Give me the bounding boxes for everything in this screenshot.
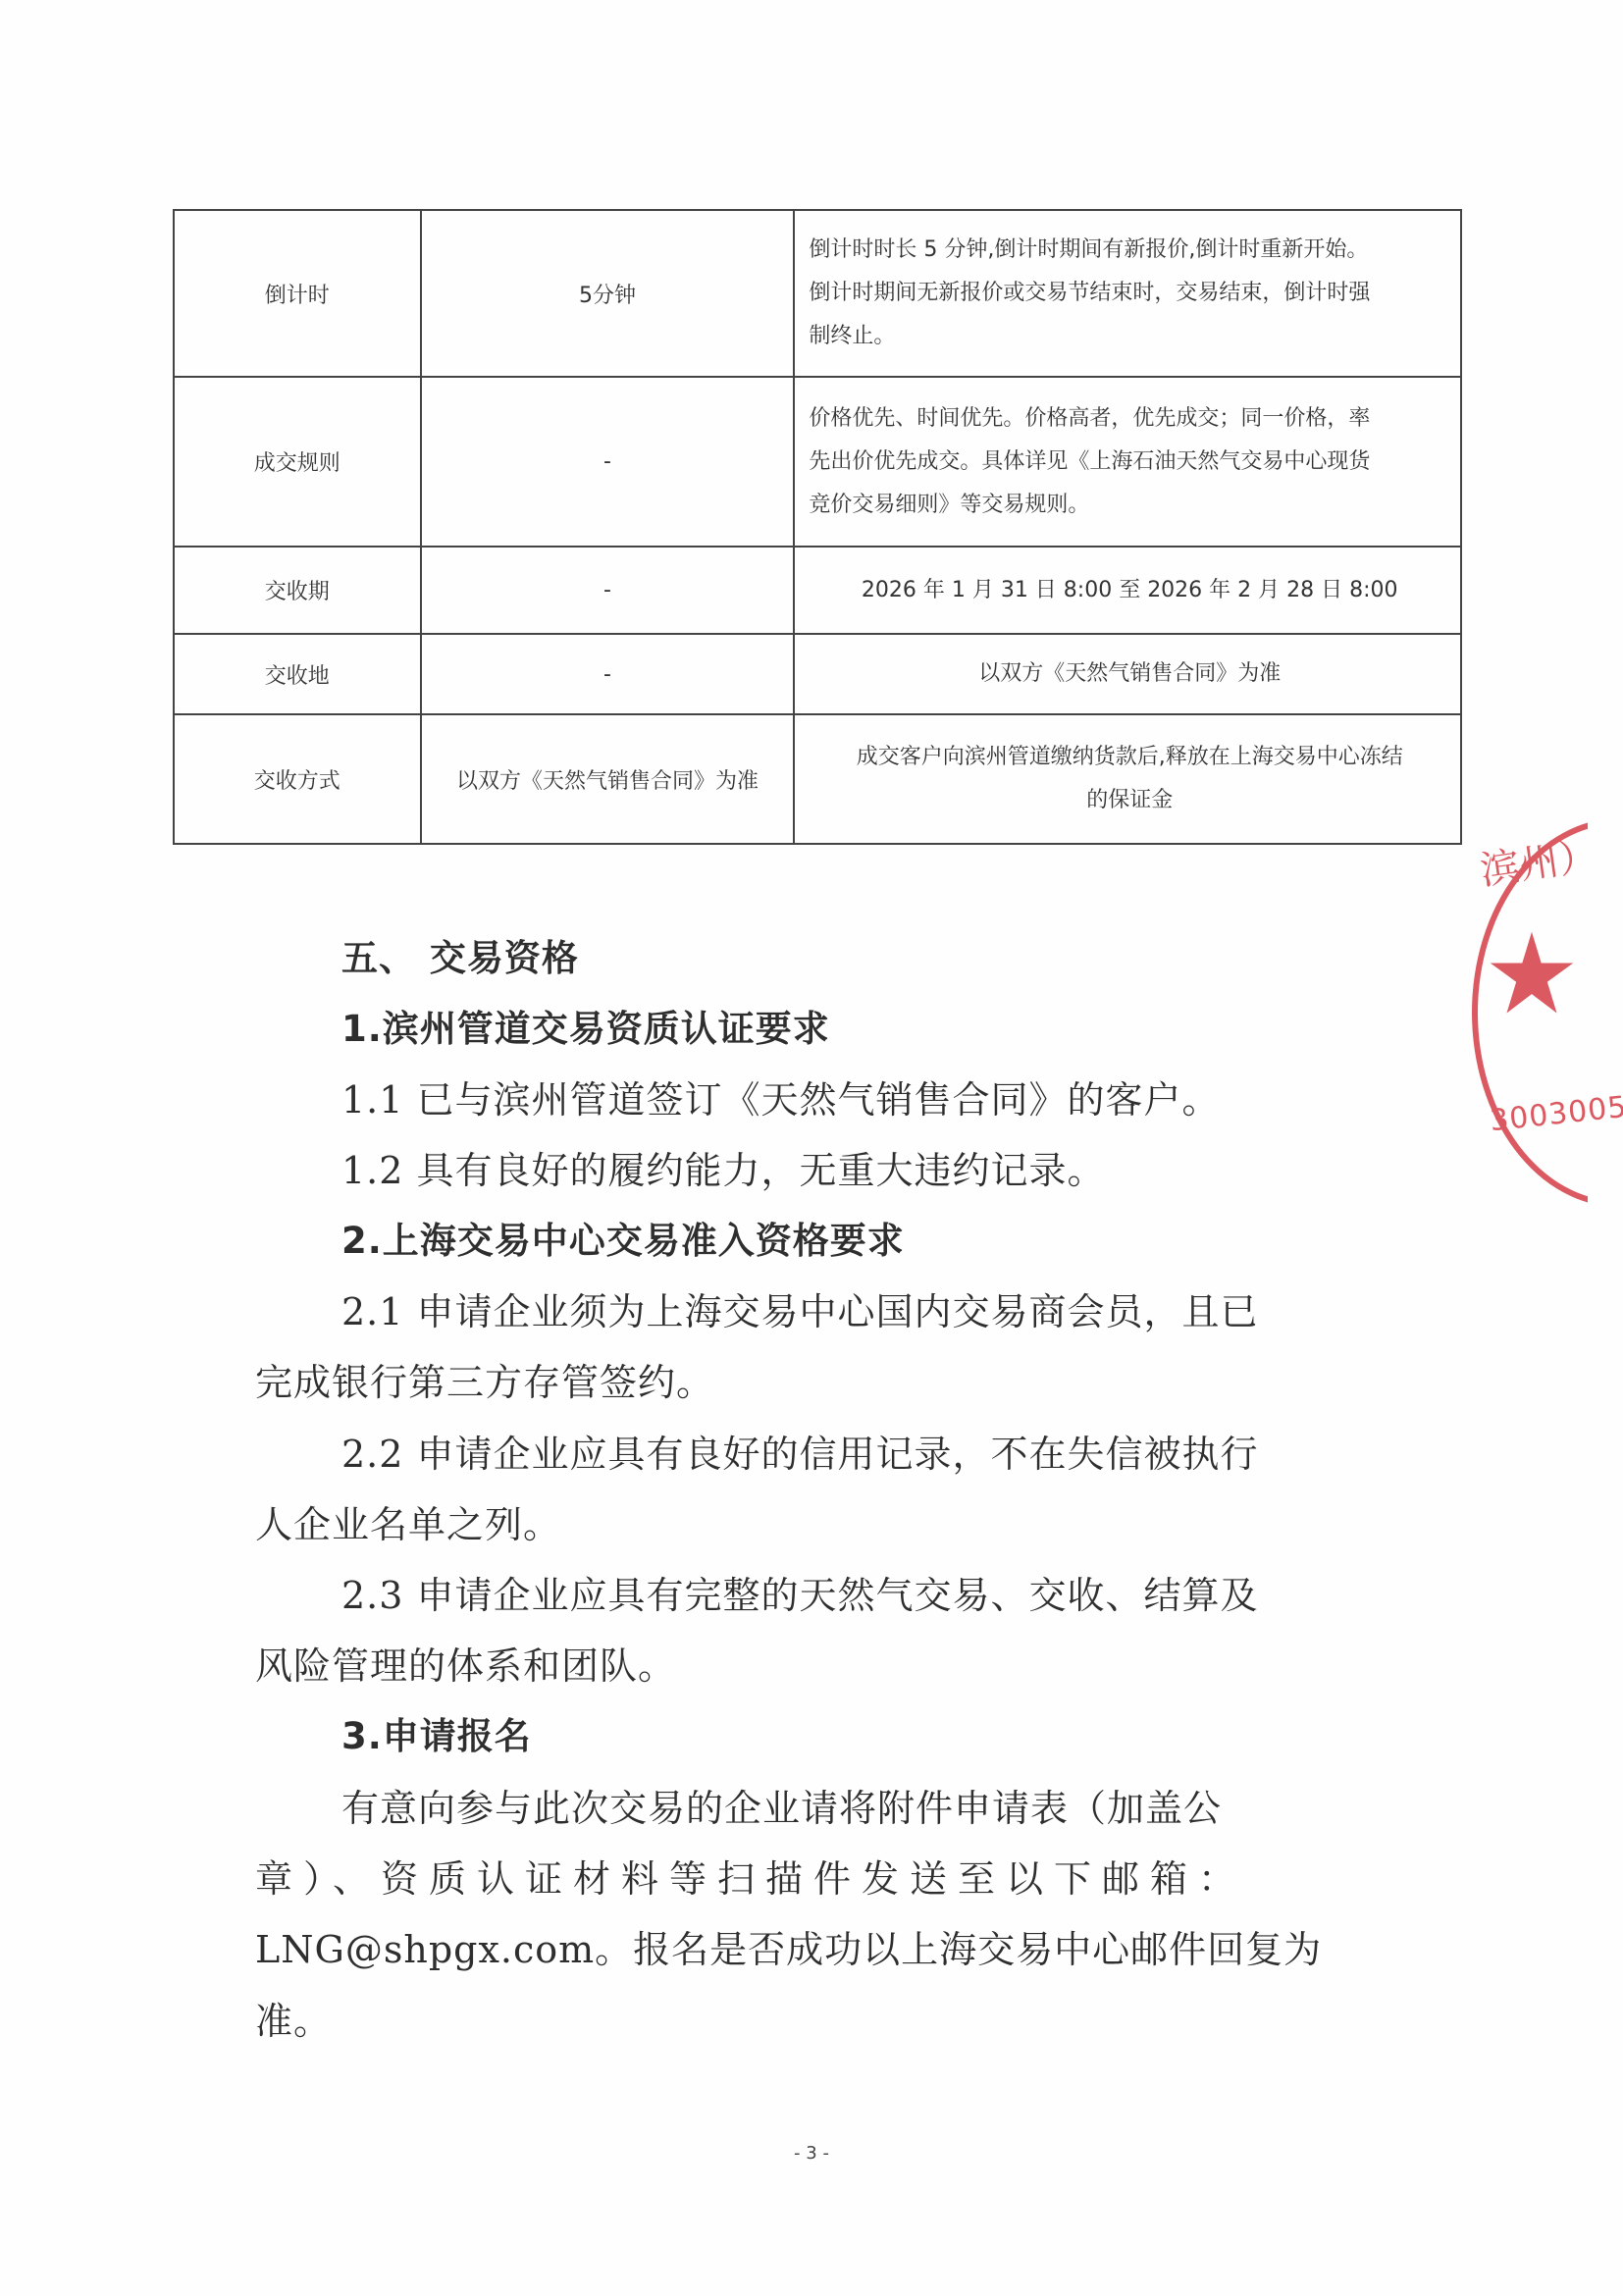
application-email-text[interactable]: LNG@shpgx.com。报名是否成功以上海交易中心邮件回复为 bbox=[255, 1926, 1322, 1973]
subsection-title-1: 1.滨州管道交易资质认证要求 bbox=[341, 1006, 830, 1053]
application-text: 准。 bbox=[255, 1998, 332, 2045]
page-number: - 3 - bbox=[0, 2143, 1623, 2164]
table-row-delivery-place: 交收地 - 以双方《天然气销售合同》为准 bbox=[174, 634, 1461, 714]
subsection-title-2: 2.上海交易中心交易准入资格要求 bbox=[341, 1218, 905, 1265]
subsection-title-3: 3.申请报名 bbox=[341, 1713, 532, 1760]
row-value: - bbox=[421, 377, 795, 547]
desc-line: 成交客户向滨州管道缴纳货款后,释放在上海交易中心冻结 bbox=[809, 736, 1450, 779]
desc-line: 价格优先、时间优先。价格高者，优先成交；同一价格，率 bbox=[809, 397, 1450, 441]
table-row-delivery-method: 交收方式 以双方《天然气销售合同》为准 成交客户向滨州管道缴纳货款后,释放在上海… bbox=[174, 714, 1461, 844]
row-label: 交收方式 bbox=[174, 714, 421, 844]
desc-line: 倒计时期间无新报价或交易节结束时，交易结束，倒计时强 bbox=[809, 272, 1450, 315]
requirement-item: 2.3 申请企业应具有完整的天然气交易、交收、结算及 bbox=[341, 1572, 1259, 1619]
row-label: 倒计时 bbox=[174, 210, 421, 377]
requirement-item: 2.1 申请企业须为上海交易中心国内交易商会员，且已 bbox=[341, 1288, 1259, 1335]
row-label: 交收地 bbox=[174, 634, 421, 714]
table-row-delivery-period: 交收期 - 2026 年 1 月 31 日 8:00 至 2026 年 2 月 … bbox=[174, 547, 1461, 634]
row-description: 成交客户向滨州管道缴纳货款后,释放在上海交易中心冻结 的保证金 bbox=[794, 714, 1461, 844]
requirement-item: 1.2 具有良好的履约能力，无重大违约记录。 bbox=[341, 1147, 1106, 1194]
row-value: 5分钟 bbox=[421, 210, 795, 377]
desc-line: 先出价优先成交。具体详见《上海石油天然气交易中心现货 bbox=[809, 441, 1450, 484]
row-label: 成交规则 bbox=[174, 377, 421, 547]
desc-line: 以双方《天然气销售合同》为准 bbox=[809, 652, 1450, 696]
requirement-item-cont: 风险管理的体系和团队。 bbox=[255, 1643, 676, 1690]
application-text: 章）、资质认证材料等扫描件发送至以下邮箱： bbox=[255, 1855, 1246, 1903]
row-description: 2026 年 1 月 31 日 8:00 至 2026 年 2 月 28 日 8… bbox=[794, 547, 1461, 634]
row-description: 价格优先、时间优先。价格高者，优先成交；同一价格，率 先出价优先成交。具体详见《… bbox=[794, 377, 1461, 547]
row-value: - bbox=[421, 634, 795, 714]
section-heading: 五、 交易资格 bbox=[341, 935, 579, 982]
document-page: 倒计时 5分钟 倒计时时长 5 分钟,倒计时期间有新报价,倒计时重新开始。 倒计… bbox=[0, 0, 1623, 2296]
trading-parameters-table: 倒计时 5分钟 倒计时时长 5 分钟,倒计时期间有新报价,倒计时重新开始。 倒计… bbox=[173, 209, 1462, 845]
desc-line: 竞价交易细则》等交易规则。 bbox=[809, 484, 1450, 527]
application-text: 有意向参与此次交易的企业请将附件申请表（加盖公 bbox=[341, 1785, 1222, 1832]
row-label: 交收期 bbox=[174, 547, 421, 634]
row-description: 倒计时时长 5 分钟,倒计时期间有新报价,倒计时重新开始。 倒计时期间无新报价或… bbox=[794, 210, 1461, 377]
row-value: 以双方《天然气销售合同》为准 bbox=[421, 714, 795, 844]
row-value: - bbox=[421, 547, 795, 634]
requirement-item: 1.1 已与滨州管道签订《天然气销售合同》的客户。 bbox=[341, 1076, 1221, 1123]
desc-line: 制终止。 bbox=[809, 315, 1450, 358]
seal-star-icon bbox=[1489, 930, 1575, 1017]
desc-line: 的保证金 bbox=[809, 779, 1450, 822]
row-description: 以双方《天然气销售合同》为准 bbox=[794, 634, 1461, 714]
table-row-matching-rules: 成交规则 - 价格优先、时间优先。价格高者，优先成交；同一价格，率 先出价优先成… bbox=[174, 377, 1461, 547]
desc-line: 2026 年 1 月 31 日 8:00 至 2026 年 2 月 28 日 8… bbox=[809, 569, 1450, 612]
requirement-item-cont: 完成银行第三方存管签约。 bbox=[255, 1359, 714, 1406]
table-row-countdown: 倒计时 5分钟 倒计时时长 5 分钟,倒计时期间有新报价,倒计时重新开始。 倒计… bbox=[174, 210, 1461, 377]
requirement-item-cont: 人企业名单之列。 bbox=[255, 1501, 561, 1548]
requirement-item: 2.2 申请企业应具有良好的信用记录，不在失信被执行 bbox=[341, 1431, 1259, 1478]
desc-line: 倒计时时长 5 分钟,倒计时期间有新报价,倒计时重新开始。 bbox=[809, 229, 1450, 272]
